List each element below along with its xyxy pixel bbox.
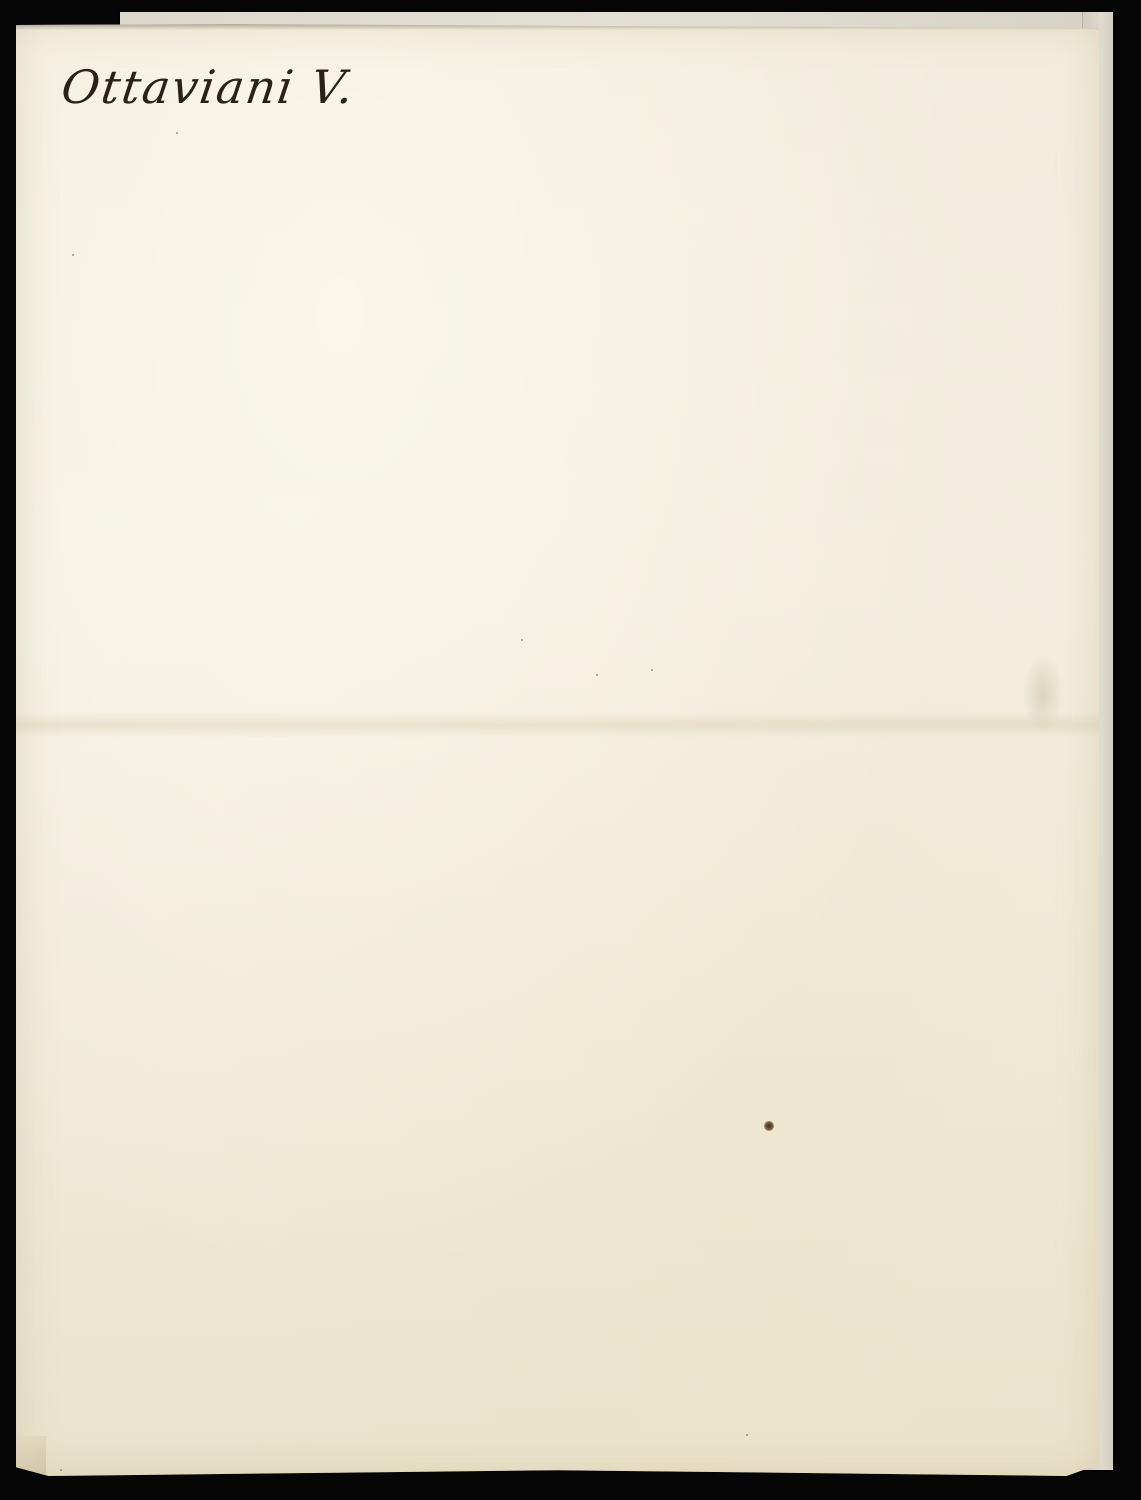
paper-sheet: Ottaviani V. <box>16 24 1099 1476</box>
paper-crinkle <box>1023 654 1063 734</box>
paper-speck <box>176 132 178 134</box>
paper-speck <box>651 669 653 671</box>
handwritten-annotation: Ottaviani V. <box>58 60 359 114</box>
horizontal-fold-crease <box>16 712 1099 738</box>
ink-stain-spot <box>764 1121 774 1131</box>
paper-speck <box>60 1469 62 1471</box>
paper-speck <box>746 1434 748 1436</box>
paper-speck <box>596 674 598 676</box>
paper-speck <box>72 254 74 256</box>
paper-speck <box>521 639 523 641</box>
